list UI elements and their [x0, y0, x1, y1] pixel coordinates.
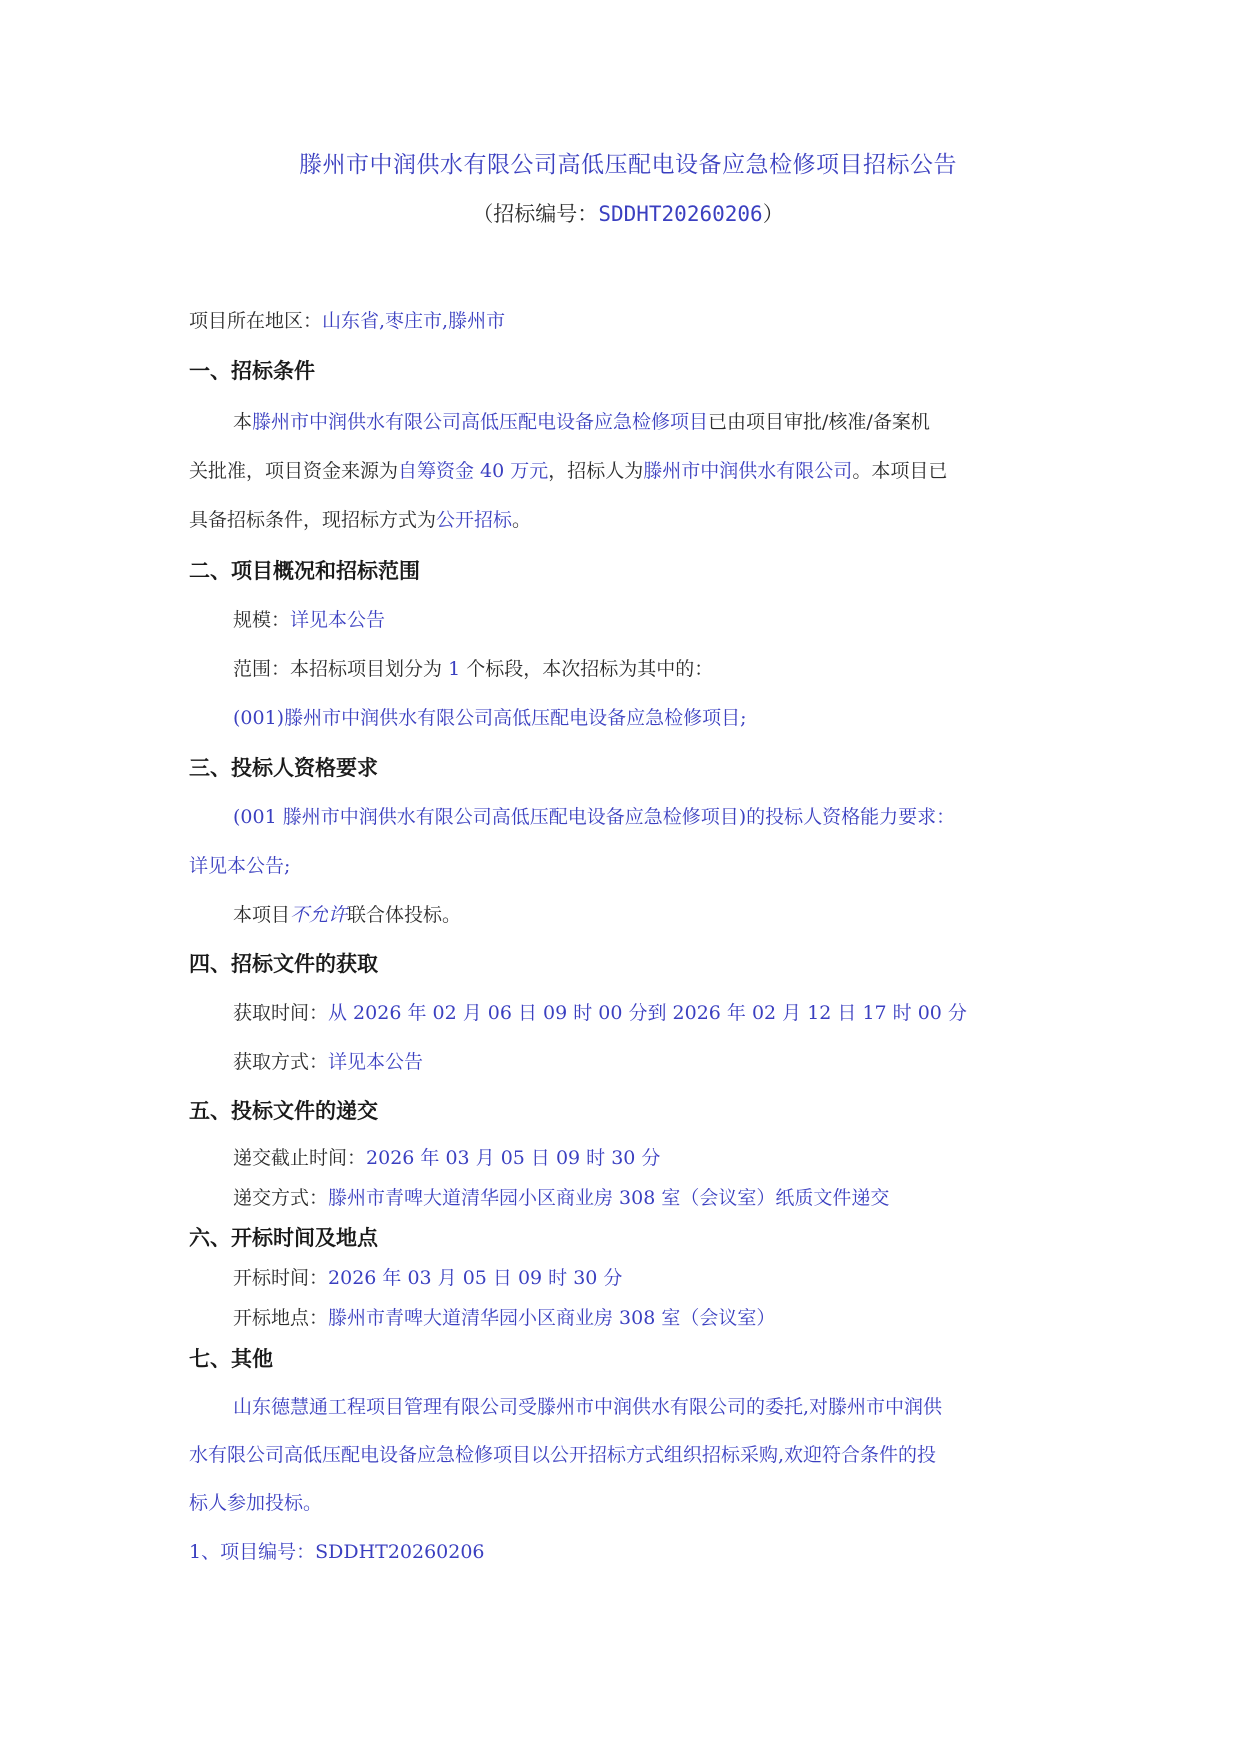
tender-code: SDDHT20260206: [598, 202, 762, 226]
section1-para-line3: 具备招标条件，现招标方式为公开招标。: [189, 505, 531, 532]
announcement-page: 滕州市中润供水有限公司高低压配电设备应急检修项目招标公告 （招标编号：SDDHT…: [0, 0, 1256, 1753]
section1-para-line1: 本滕州市中润供水有限公司高低压配电设备应急检修项目已由项目审批/核准/备案机: [233, 407, 930, 434]
section-heading-1: 一、招标条件: [189, 355, 315, 385]
project-number-item: 1、项目编号：SDDHT20260206: [189, 1537, 485, 1564]
project-region: 项目所在地区：山东省,枣庄市,滕州市: [189, 306, 505, 333]
tender-number: （招标编号：SDDHT20260206）: [0, 198, 1256, 228]
deadline-line: 递交截止时间：2026 年 03 月 05 日 09 时 30 分: [233, 1143, 660, 1170]
section-heading-7: 七、其他: [189, 1343, 273, 1373]
lot-line: (001)滕州市中润供水有限公司高低压配电设备应急检修项目;: [233, 703, 747, 730]
other-para-line1: 山东德慧通工程项目管理有限公司受滕州市中润供水有限公司的委托,对滕州市中润供: [233, 1392, 942, 1419]
other-para-line3: 标人参加投标。: [189, 1488, 322, 1515]
section-heading-4: 四、招标文件的获取: [189, 948, 378, 978]
qualification-detail: 详见本公告;: [189, 851, 290, 878]
section-heading-6: 六、开标时间及地点: [189, 1222, 378, 1252]
page-title: 滕州市中润供水有限公司高低压配电设备应急检修项目招标公告: [0, 146, 1256, 179]
obtain-time-line: 获取时间：从 2026 年 02 月 06 日 09 时 00 分到 2026 …: [233, 998, 967, 1025]
scale-line: 规模：详见本公告: [233, 605, 385, 632]
other-para-line2: 水有限公司高低压配电设备应急检修项目以公开招标方式组织招标采购,欢迎符合条件的投: [189, 1440, 936, 1467]
joint-bid-line: 本项目不允许联合体投标。: [233, 900, 461, 927]
section-heading-5: 五、投标文件的递交: [189, 1095, 378, 1125]
opening-place-line: 开标地点：滕州市青啤大道清华园小区商业房 308 室（会议室）: [233, 1303, 775, 1330]
section-heading-3: 三、投标人资格要求: [189, 752, 378, 782]
qualification-line: (001 滕州市中润供水有限公司高低压配电设备应急检修项目)的投标人资格能力要求…: [233, 802, 955, 829]
opening-time-line: 开标时间：2026 年 03 月 05 日 09 时 30 分: [233, 1263, 622, 1290]
range-line: 范围：本招标项目划分为 1 个标段，本次招标为其中的：: [233, 654, 713, 681]
section-heading-2: 二、项目概况和招标范围: [189, 555, 420, 585]
obtain-method-line: 获取方式：详见本公告: [233, 1047, 423, 1074]
submission-method-line: 递交方式：滕州市青啤大道清华园小区商业房 308 室（会议室）纸质文件递交: [233, 1183, 889, 1210]
section1-para-line2: 关批准，项目资金来源为自筹资金 40 万元，招标人为滕州市中润供水有限公司。本项…: [189, 456, 947, 483]
